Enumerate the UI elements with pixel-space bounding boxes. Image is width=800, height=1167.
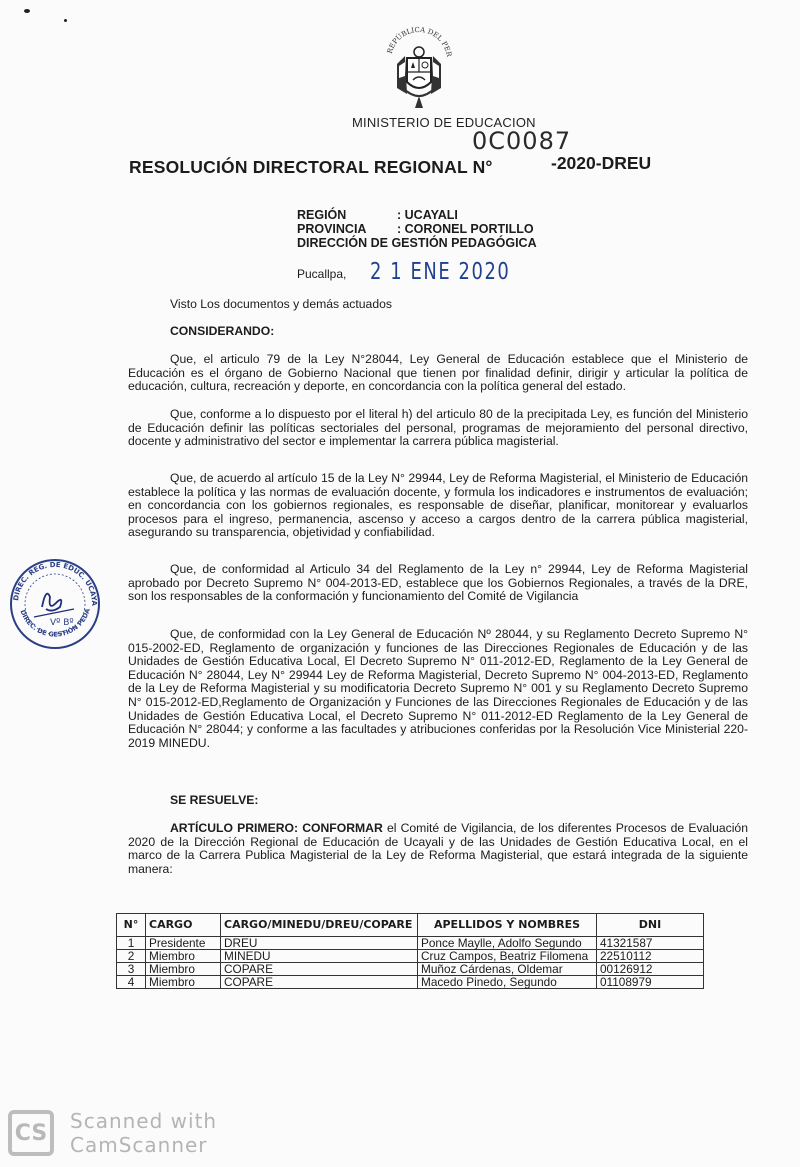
region-label: REGIÓN	[297, 208, 397, 222]
official-seal-icon: DIREC. REG. DE EDUC. UCAYALI DIREC. DE G…	[8, 557, 102, 651]
date-stamp: 2 1 ENE 2020	[370, 259, 510, 285]
svg-text:DIREC. REG. DE EDUC. UCAYALI: DIREC. REG. DE EDUC. UCAYALI	[8, 557, 98, 607]
scan-speck	[24, 9, 30, 13]
camscanner-watermark: Scanned with CamScanner	[70, 1109, 217, 1157]
cell-number: 2	[117, 950, 146, 963]
peru-coat-of-arms-icon: REPÚBLICA DEL PERÚ	[383, 22, 455, 112]
cell-name: Muñoz Cárdenas, Oldemar	[418, 963, 597, 976]
province-label: PROVINCIA	[297, 222, 397, 236]
column-header: CARGO/MINEDU/DREU/COPARE	[221, 914, 418, 937]
cell-number: 1	[117, 937, 146, 950]
table-row: 2 Miembro MINEDU Cruz Campos, Beatriz Fi…	[117, 950, 704, 963]
cell-entity: COPARE	[221, 976, 418, 989]
visto-text: Visto Los documentos y demás actuados	[170, 298, 790, 312]
resuelve-heading: SE RESUELVE:	[170, 794, 790, 808]
resolution-suffix: -2020-DREU	[551, 153, 651, 174]
table-header-row: N° CARGO CARGO/MINEDU/DREU/COPARE APELLI…	[117, 914, 704, 937]
column-header: CARGO	[146, 914, 221, 937]
cell-number: 3	[117, 963, 146, 976]
cell-cargo: Miembro	[146, 976, 221, 989]
table-row: 1 Presidente DREU Ponce Maylle, Adolfo S…	[117, 937, 704, 950]
direction-name: DIRECCIÓN DE GESTIÓN PEDAGÓGICA	[297, 236, 537, 250]
region-value: : UCAYALI	[397, 208, 458, 222]
considerando-heading: CONSIDERANDO:	[170, 325, 790, 339]
considerando-paragraph: Que, de acuerdo al artículo 15 de la Ley…	[128, 472, 748, 540]
cell-dni: 00126912	[597, 963, 704, 976]
cell-cargo: Miembro	[146, 963, 221, 976]
cell-cargo: Presidente	[146, 937, 221, 950]
province-value: : CORONEL PORTILLO	[397, 222, 534, 236]
cell-dni: 22510112	[597, 950, 704, 963]
cell-dni: 41321587	[597, 937, 704, 950]
article-first: ARTÍCULO PRIMERO: CONFORMAR el Comité de…	[128, 822, 748, 876]
scan-speck	[64, 19, 67, 22]
table-row: 3 Miembro COPARE Muñoz Cárdenas, Oldemar…	[117, 963, 704, 976]
watermark-line-1: Scanned with	[70, 1109, 217, 1133]
cell-name: Ponce Maylle, Adolfo Segundo	[418, 937, 597, 950]
cell-entity: COPARE	[221, 963, 418, 976]
column-header: DNI	[597, 914, 704, 937]
svg-text:Vº Bº: Vº Bº	[50, 618, 74, 628]
article-label: ARTÍCULO PRIMERO: CONFORMAR	[170, 821, 383, 835]
watermark-line-2: CamScanner	[70, 1133, 217, 1157]
cell-name: Macedo Pinedo, Segundo	[418, 976, 597, 989]
camscanner-logo-icon: CS	[8, 1110, 54, 1156]
place: Pucallpa,	[297, 267, 346, 281]
cell-dni: 01108979	[597, 976, 704, 989]
table-row: 4 Miembro COPARE Macedo Pinedo, Segundo …	[117, 976, 704, 989]
cell-number: 4	[117, 976, 146, 989]
cell-entity: MINEDU	[221, 950, 418, 963]
resolution-number: 0C0087	[472, 127, 571, 155]
document-page: REPÚBLICA DEL PERÚ MINISTERIO DE EDUCACI…	[0, 0, 800, 1167]
considerando-paragraph: Que, conforme a lo dispuesto por el lite…	[128, 408, 748, 449]
committee-table: N° CARGO CARGO/MINEDU/DREU/COPARE APELLI…	[116, 913, 704, 989]
resolution-title: RESOLUCIÓN DIRECTORAL REGIONAL N°	[129, 157, 493, 178]
considerando-paragraph: Que, de conformidad al Articulo 34 del R…	[128, 563, 748, 604]
column-header: N°	[117, 914, 146, 937]
resolution-meta: REGIÓN: UCAYALI PROVINCIA: CORONEL PORTI…	[297, 208, 537, 250]
svg-text:REPÚBLICA DEL PERÚ: REPÚBLICA DEL PERÚ	[383, 22, 453, 58]
column-header: APELLIDOS Y NOMBRES	[418, 914, 597, 937]
cell-entity: DREU	[221, 937, 418, 950]
cell-cargo: Miembro	[146, 950, 221, 963]
considerando-paragraph: Que, el articulo 79 de la Ley N°28044, L…	[128, 353, 748, 394]
considerando-paragraph: Que, de conformidad con la Ley General d…	[128, 628, 748, 750]
cell-name: Cruz Campos, Beatriz Filomena	[418, 950, 597, 963]
